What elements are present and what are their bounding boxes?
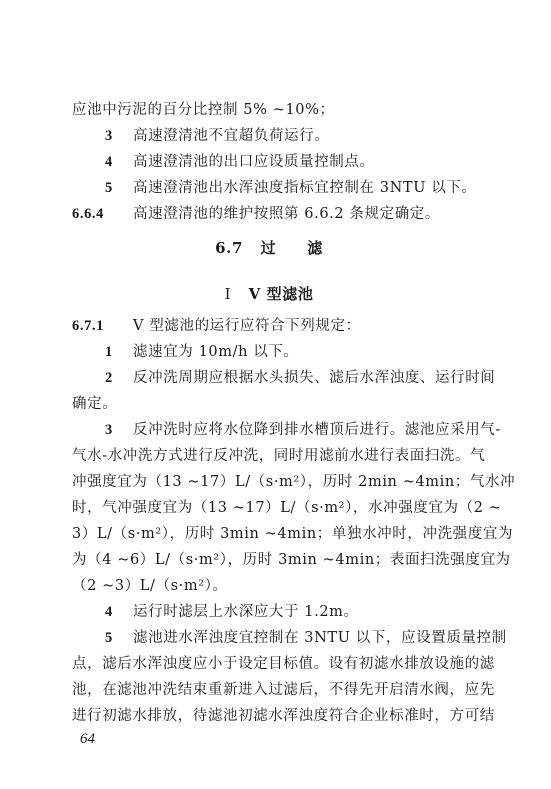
item-number: 4 <box>105 153 133 171</box>
item-number: 2 <box>105 369 133 387</box>
item-number: 1 <box>105 343 133 361</box>
list-item: 2反冲洗周期应根据水头损失、滤后水浑浊度、运行时间 <box>72 369 499 387</box>
subsection-heading: I V 型滤池 <box>72 285 466 303</box>
list-item: 5高速澄清池出水浑浊度指标宜控制在 3NTU 以下。 <box>72 179 499 197</box>
clause: 6.7.1V 型滤池的运行应符合下列规定： <box>72 317 466 335</box>
item-number: 4 <box>105 603 133 621</box>
item-number: 5 <box>105 179 133 197</box>
item-text: 反冲洗周期应根据水头损失、滤后水浑浊度、运行时间 <box>133 370 495 386</box>
section-heading: 6.7 过 滤 <box>72 239 466 257</box>
subsection-title: V 型滤池 <box>249 285 314 303</box>
item-text: 高速澄清池不宜超负荷运行。 <box>133 128 329 144</box>
item-text: 滤速宜为 10m/h 以下。 <box>133 344 299 360</box>
item-text: 反冲洗时应将水位降到排水槽顶后进行。滤池应采用气- <box>133 422 501 438</box>
text-line: （2 ~3）L/（s·m²）。 <box>72 577 466 595</box>
clause: 6.6.4高速澄清池的维护按照第 6.6.2 条规定确定。 <box>72 205 466 223</box>
text-line: 冲强度宜为（13 ~17）L/（s·m²），历时 2min ~4min；气水冲 <box>72 473 466 491</box>
item-number: 5 <box>105 629 133 647</box>
text-line: 时，气冲强度宜为（13 ~17）L/（s·m²），水冲强度宜为（2 ~ <box>72 499 466 517</box>
list-item: 3反冲洗时应将水位降到排水槽顶后进行。滤池应采用气- <box>72 421 499 439</box>
list-item: 4高速澄清池的出口应设质量控制点。 <box>72 153 499 171</box>
list-item: 5滤池进水浑浊度宜控制在 3NTU 以下，应设置质量控制 <box>72 629 499 647</box>
text-line: 确定。 <box>72 395 466 413</box>
item-text: 滤池进水浑浊度宜控制在 3NTU 以下，应设置质量控制 <box>133 630 507 646</box>
item-number: 3 <box>105 421 133 439</box>
text-line: 应池中污泥的百分比控制 5% ~10%； <box>72 101 466 119</box>
item-text: 运行时滤层上水深应大于 1.2m。 <box>133 604 359 620</box>
text-line: 气水-水冲洗方式进行反冲洗，同时用滤前水进行表面扫洗。气 <box>72 447 466 465</box>
section-title: 过 滤 <box>260 239 322 257</box>
text-line: 为（4 ~6）L/（s·m²），历时 3min ~4min；表面扫洗强度宜为 <box>72 551 466 569</box>
clause-text: V 型滤池的运行应符合下列规定： <box>133 318 361 334</box>
list-item: 1滤速宜为 10m/h 以下。 <box>72 343 499 361</box>
text-line: 进行初滤水排放，待滤池初滤水浑浊度符合企业标准时，方可结 <box>72 707 466 725</box>
clause-number: 6.6.4 <box>72 205 133 223</box>
text-line: 点，滤后水浑浊度应小于设定目标值。设有初滤水排放设施的滤 <box>72 655 466 673</box>
list-item: 3高速澄清池不宜超负荷运行。 <box>72 127 499 145</box>
item-number: 3 <box>105 127 133 145</box>
text-line: 3）L/（s·m²），历时 3min ~4min；单独水冲时，冲洗强度宜为 <box>72 525 466 543</box>
subsection-number: I <box>225 285 232 303</box>
item-text: 高速澄清池的出口应设质量控制点。 <box>133 154 375 170</box>
text-line: 池，在滤池冲洗结束重新进入过滤后，不得先开启清水阀，应先 <box>72 681 466 699</box>
clause-number: 6.7.1 <box>72 317 133 335</box>
list-item: 4运行时滤层上水深应大于 1.2m。 <box>72 603 499 621</box>
item-text: 高速澄清池出水浑浊度指标宜控制在 3NTU 以下。 <box>133 180 477 196</box>
page-number: 64 <box>80 731 95 748</box>
section-number: 6.7 <box>215 239 243 257</box>
clause-text: 高速澄清池的维护按照第 6.6.2 条规定确定。 <box>133 206 440 222</box>
